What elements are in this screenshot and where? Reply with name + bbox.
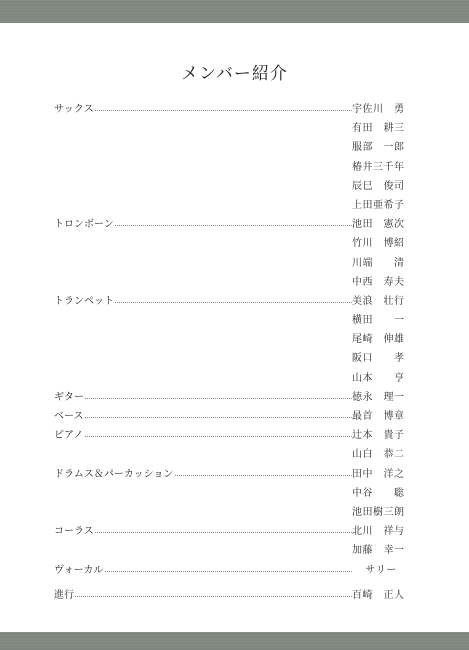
bottom-border-bar bbox=[0, 632, 469, 650]
member-row: 阪口 孝 bbox=[54, 349, 410, 368]
member-name: 有田 耕三 bbox=[352, 119, 410, 138]
member-name: 竹川 博紹 bbox=[352, 234, 410, 253]
member-row: ギター徳永 理一 bbox=[54, 388, 410, 407]
member-name: 田中 洋之 bbox=[352, 465, 410, 484]
member-row: 辰巳 俊司 bbox=[54, 177, 410, 196]
dot-leader bbox=[54, 417, 352, 418]
part-label: ピアノ bbox=[54, 426, 84, 445]
part-label: 進行 bbox=[54, 586, 75, 605]
member-row: トランペット美浪 壮行 bbox=[54, 292, 410, 311]
member-name: 山本 亨 bbox=[352, 369, 410, 388]
dot-leader bbox=[54, 110, 352, 111]
dot-leader bbox=[54, 398, 352, 399]
dot-leader bbox=[54, 436, 352, 437]
member-name: 阪口 孝 bbox=[352, 349, 410, 368]
member-list: サックス宇佐川 勇有田 耕三服部 一郎椿井三千年辰巳 俊司上田亜希子トロンボーン… bbox=[54, 100, 410, 605]
member-row: 山本 亨 bbox=[54, 369, 410, 388]
member-row: トロンボーン池田 憲次 bbox=[54, 215, 410, 234]
member-name: 尾崎 伸雄 bbox=[352, 330, 410, 349]
member-row: 中谷 聡 bbox=[54, 484, 410, 503]
page-title: メンバー紹介 bbox=[0, 59, 469, 84]
member-name: 美浪 壮行 bbox=[352, 292, 410, 311]
member-name: 椿井三千年 bbox=[352, 158, 410, 177]
member-row: 尾崎 伸雄 bbox=[54, 330, 410, 349]
member-row: ピアノ辻本 貴子 bbox=[54, 426, 410, 445]
member-name: 池田 憲次 bbox=[352, 215, 410, 234]
member-row: 進行百崎 正人 bbox=[54, 586, 410, 605]
dot-leader bbox=[54, 532, 352, 533]
part-label: ギター bbox=[54, 388, 85, 407]
member-name: 百崎 正人 bbox=[352, 586, 410, 605]
member-name: 上田亜希子 bbox=[352, 196, 410, 215]
member-name: 横田 一 bbox=[352, 311, 410, 330]
member-name: 加藤 幸一 bbox=[352, 541, 410, 560]
member-name: 中谷 聡 bbox=[352, 484, 410, 503]
member-name: 北川 祥与 bbox=[352, 522, 410, 541]
member-row: 有田 耕三 bbox=[54, 119, 410, 138]
member-name: サリー bbox=[352, 561, 410, 580]
member-name: 中西 寿夫 bbox=[352, 273, 410, 292]
member-row: 山白 恭二 bbox=[54, 445, 410, 464]
member-row: 横田 一 bbox=[54, 311, 410, 330]
member-name: 宇佐川 勇 bbox=[352, 100, 410, 119]
member-row: 椿井三千年 bbox=[54, 158, 410, 177]
member-row: サックス宇佐川 勇 bbox=[54, 100, 410, 119]
member-row: ドラムス＆パーカッション田中 洋之 bbox=[54, 465, 410, 484]
part-label: サックス bbox=[54, 100, 95, 119]
part-label: トランペット bbox=[54, 292, 115, 311]
top-border-bar bbox=[0, 0, 469, 23]
member-row: 中西 寿夫 bbox=[54, 273, 410, 292]
member-row: 加藤 幸一 bbox=[54, 541, 410, 560]
member-name: 辻本 貴子 bbox=[352, 426, 410, 445]
dot-leader bbox=[54, 596, 352, 597]
part-label: コーラス bbox=[54, 522, 95, 541]
member-name: 服部 一郎 bbox=[352, 138, 410, 157]
part-label: トロンボーン bbox=[54, 215, 115, 234]
member-row: ヴォーカルサリー bbox=[54, 561, 410, 580]
member-row: ベース最首 博章 bbox=[54, 407, 410, 426]
member-name: 最首 博章 bbox=[352, 407, 410, 426]
member-name: 川端 清 bbox=[352, 254, 410, 273]
member-row: コーラス北川 祥与 bbox=[54, 522, 410, 541]
member-row: 池田樹三朗 bbox=[54, 503, 410, 522]
member-row: 上田亜希子 bbox=[54, 196, 410, 215]
member-name: 池田樹三朗 bbox=[352, 503, 410, 522]
member-name: 辰巳 俊司 bbox=[352, 177, 410, 196]
member-name: 山白 恭二 bbox=[352, 445, 410, 464]
part-label: ベース bbox=[54, 407, 85, 426]
member-row: 川端 清 bbox=[54, 254, 410, 273]
member-name: 徳永 理一 bbox=[352, 388, 410, 407]
member-row: 竹川 博紹 bbox=[54, 234, 410, 253]
part-label: ヴォーカル bbox=[54, 561, 104, 580]
part-label: ドラムス＆パーカッション bbox=[54, 465, 174, 484]
member-row: 服部 一郎 bbox=[54, 138, 410, 157]
